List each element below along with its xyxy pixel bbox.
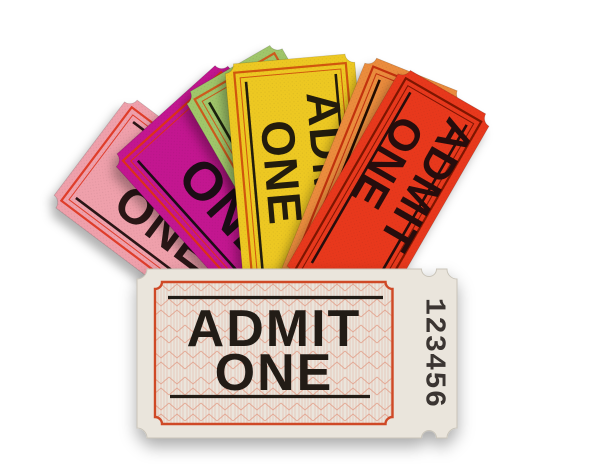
tickets-illustration: ADMITONE ADMITONE ADMITONE ADMITONE ADMI… (0, 0, 600, 464)
front-ticket: ADMIT ONE 123456 (137, 269, 457, 438)
serial-number: 123456 (417, 298, 450, 408)
tickets-canvas: ADMITONE ADMITONE ADMITONE ADMITONE ADMI… (0, 0, 600, 464)
one-line: ONE (251, 118, 313, 227)
one-line: ONE (215, 344, 334, 402)
